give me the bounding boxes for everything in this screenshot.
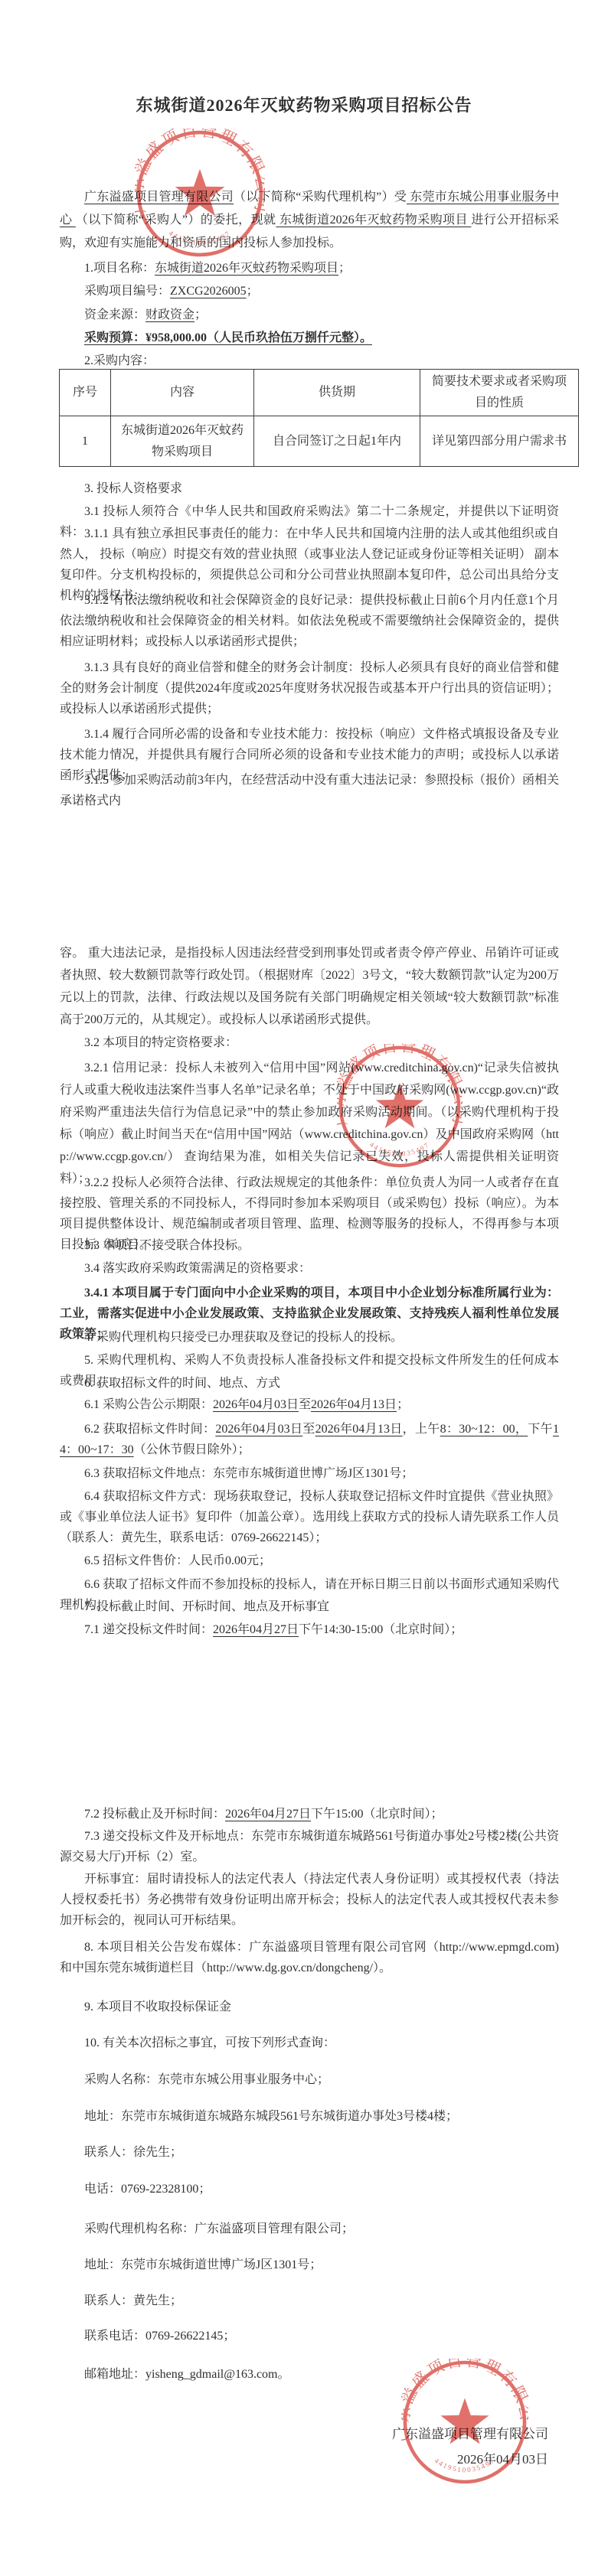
para-3-3: 3.3 本项目不接受联合体投标。 (60, 1235, 559, 1256)
text-run: 采购项目编号： (84, 285, 170, 298)
contact-agency-phone: 联系电话：0769-26622145； (60, 2326, 559, 2346)
text-run: 6.2 获取招标文件时间： (84, 1423, 215, 1436)
cell-content: 东城街道2026年灭蚊药物采购项目 (111, 416, 254, 467)
text-run: ； (338, 262, 351, 275)
seal-serial-text: 4419510035497 (368, 1140, 431, 1157)
para-9: 9. 本项目不收取投标保证金 (60, 1997, 559, 2017)
contact-purchaser-name: 采购人名称：东莞市东城公用事业服务中心； (60, 2069, 559, 2090)
seal-graphic: 广东溢盛项目管理有限公司 4419510035497 (401, 2359, 528, 2486)
contact-purchaser-phone: 电话：0769-22328100； (60, 2179, 559, 2199)
text-run: ； (397, 1398, 409, 1411)
text-run: 下午14:30-15:00（北京时间）； (299, 1623, 463, 1636)
para-4: 4. 采购代理机构只接受已办理获取及登记的投标人的投标。 (60, 1327, 559, 1348)
text-run: 7.2 投标截止及开标时间： (84, 1808, 225, 1821)
para-7-3: 7.3 递交投标文件及开标地点：东莞市东城街道东城路561号街道办事处2号楼2楼… (60, 1826, 559, 1867)
text-run: 至 (302, 1423, 315, 1436)
text-run: 2026年04月03日 (213, 1398, 299, 1411)
seal-serial-text: 4419510035497 (167, 230, 233, 247)
text-run: ； (194, 308, 207, 321)
para-3-1-3: 3.1.3 具有良好的商业信誉和健全的财务会计制度：投标人必须具有良好的商业信誉… (60, 657, 559, 719)
text-run: 2026年04月27日 (225, 1808, 311, 1821)
section-3-heading: 3. 投标人资格要求 (60, 478, 559, 499)
col-header-tech-requirements: 简要技术要求或者采购项目的性质 (420, 370, 579, 416)
seal-serial-text: 4419510035497 (433, 2457, 497, 2473)
text-run: 东城街道2026年灭蚊药物采购项目 (276, 214, 471, 227)
text-run: 8：30~12：00， (440, 1423, 528, 1436)
procurement-content-label: 2.采购内容： (60, 351, 559, 371)
para-3-1-5-part1: 3.1.5 参加采购活动前3年内，在经营活动中没有重大违法记录：参照投标（报价）… (60, 770, 559, 811)
contact-purchaser-address: 地址：东莞市东城街道东城路东城段561号东城街道办事处3号楼4楼； (60, 2106, 559, 2127)
text-run: 资金来源： (84, 308, 145, 321)
text-run: 2026年04月13日 (311, 1398, 397, 1411)
para-3-1-2: 3.1.2 有依法缴纳税收和社会保障资金的良好记录：提供投标截止日前6个月内任意… (60, 590, 559, 652)
text-run: （公休节假日除外）； (134, 1443, 250, 1456)
text-run: 至 (299, 1398, 311, 1411)
para-10: 10. 有关本次招标之事宜，可按下列形式查询： (60, 2033, 559, 2053)
project-name-line: 1.项目名称：东城街道2026年灭蚊药物采购项目； (60, 258, 559, 279)
para-3-2-1: 3.2.1 信用记录：投标人未被列入“信用中国”网站(www.creditchi… (60, 1057, 559, 1190)
company-seal: 广东溢盛项目管理有限公司 4419510035497 (135, 129, 265, 259)
budget-line: 采购预算：¥958,000.00（人民币玖拾伍万捌仟元整）。 (60, 328, 559, 348)
para-6-1: 6.1 采购公告公示期限：2026年04月03日至2026年04月13日； (60, 1394, 559, 1415)
para-3-1-5-part2: 容。 重大违法记录，是指投标人因违法经营受到刑事处罚或者责令停产停业、吊销许可证… (60, 942, 559, 1031)
para-6-3: 6.3 获取招标文件地点：东莞市东城街道世博广场J区1301号； (60, 1463, 559, 1484)
project-number-line: 采购项目编号：ZXCG2026005； (60, 281, 559, 302)
table-row: 1 东城街道2026年灭蚊药物采购项目 自合同签订之日起1年内 详见第四部分用户… (60, 416, 579, 467)
contact-purchaser-person: 联系人：徐先生； (60, 2142, 559, 2163)
svg-text:4419510035497: 4419510035497 (433, 2457, 497, 2473)
text-run: ZXCG2026005 (170, 285, 247, 298)
para-6-4: 6.4 获取招标文件方式：现场获取登记，投标人获取登记招标文件时宜提供《营业执照… (60, 1486, 559, 1548)
seal-star-icon (376, 1083, 423, 1128)
text-run: 2026年04月27日 (213, 1623, 299, 1636)
seal-star-icon (440, 2398, 489, 2444)
cell-supply-period: 自合同签订之日起1年内 (254, 416, 420, 467)
svg-text:4419510035497: 4419510035497 (368, 1140, 431, 1157)
text-run: 1.项目名称： (84, 262, 155, 275)
para-6: 6. 获取招标文件的时间、地点、方式 (60, 1373, 559, 1394)
text-run: 下午 (528, 1423, 553, 1436)
text-run: 2026年04月03日 (215, 1423, 302, 1436)
cell-tech-requirements: 详见第四部分用户需求书 (420, 416, 579, 467)
company-seal: 广东溢盛项目管理有限公司 4419510035497 (401, 2359, 528, 2486)
para-8: 8. 本项目相关公告发布媒体：广东溢盛项目管理有限公司官网（http://www… (60, 1937, 559, 1978)
contact-agency-name: 采购代理机构名称：广东溢盛项目管理有限公司； (60, 2219, 559, 2239)
para-3-4: 3.4 落实政府采购政策需满足的资格要求： (60, 1258, 559, 1279)
procurement-content-table: 序号 内容 供货期 简要技术要求或者采购项目的性质 1 东城街道2026年灭蚊药… (59, 369, 579, 467)
seal-star-icon (175, 169, 225, 217)
text-run: 7.1 递交投标文件时间： (84, 1623, 213, 1636)
para-3-2: 3.2 本项目的特定资格要求： (60, 1032, 559, 1053)
col-header-content: 内容 (111, 370, 254, 416)
para-6-5: 6.5 招标文件售价：人民币0.00元； (60, 1550, 559, 1571)
cell-seq: 1 (60, 416, 111, 467)
svg-text:4419510035497: 4419510035497 (167, 230, 233, 247)
text-run: 2026年04月13日 (315, 1423, 403, 1436)
col-header-supply-period: 供货期 (254, 370, 420, 416)
text-run: 下午15:00（北京时间）； (311, 1808, 443, 1821)
contact-agency-address: 地址：东莞市东城街道世博广场J区1301号； (60, 2255, 559, 2275)
para-7-1: 7.1 递交投标文件时间：2026年04月27日下午14:30-15:00（北京… (60, 1619, 559, 1640)
text-run: 东城街道2026年灭蚊药物采购项目 (155, 262, 338, 275)
page-title: 东城街道2026年灭蚊药物采购项目招标公告 (0, 95, 608, 116)
para-7-2: 7.2 投标截止及开标时间：2026年04月27日下午15:00（北京时间）； (60, 1804, 559, 1824)
text-run: 财政资金 (145, 308, 194, 321)
fund-source-line: 资金来源：财政资金； (60, 305, 559, 325)
text-run: 6.1 采购公告公示期限： (84, 1398, 213, 1411)
seal-graphic: 广东溢盛项目管理有限公司 4419510035497 (135, 129, 265, 259)
para-bid-opening-notes: 开标事宜：届时请投标人的法定代表人（持法定代表人身份证明）或其授权代表（持法人授… (60, 1869, 559, 1931)
text-run: 采购预算：¥958,000.00（人民币玖拾伍万捌仟元整）。 (84, 331, 372, 344)
seal-graphic: 广东溢盛项目管理有限公司 4419510035497 (337, 1044, 463, 1169)
table-header-row: 序号 内容 供货期 简要技术要求或者采购项目的性质 (60, 370, 579, 416)
scanned-document-page: 东城街道2026年灭蚊药物采购项目招标公告 广东溢盛项目管理有限公司 44195… (0, 0, 608, 2576)
company-seal: 广东溢盛项目管理有限公司 4419510035497 (337, 1044, 463, 1169)
text-run: ，上午 (403, 1423, 440, 1436)
text-run: ； (247, 285, 259, 298)
col-header-seq: 序号 (60, 370, 111, 416)
para-6-2: 6.2 获取招标文件时间：2026年04月03日至2026年04月13日，上午8… (60, 1419, 559, 1460)
contact-agency-person: 联系人：黄先生； (60, 2291, 559, 2311)
para-7: 7. 投标截止时间、开标时间、地点及开标事宜 (60, 1596, 559, 1617)
